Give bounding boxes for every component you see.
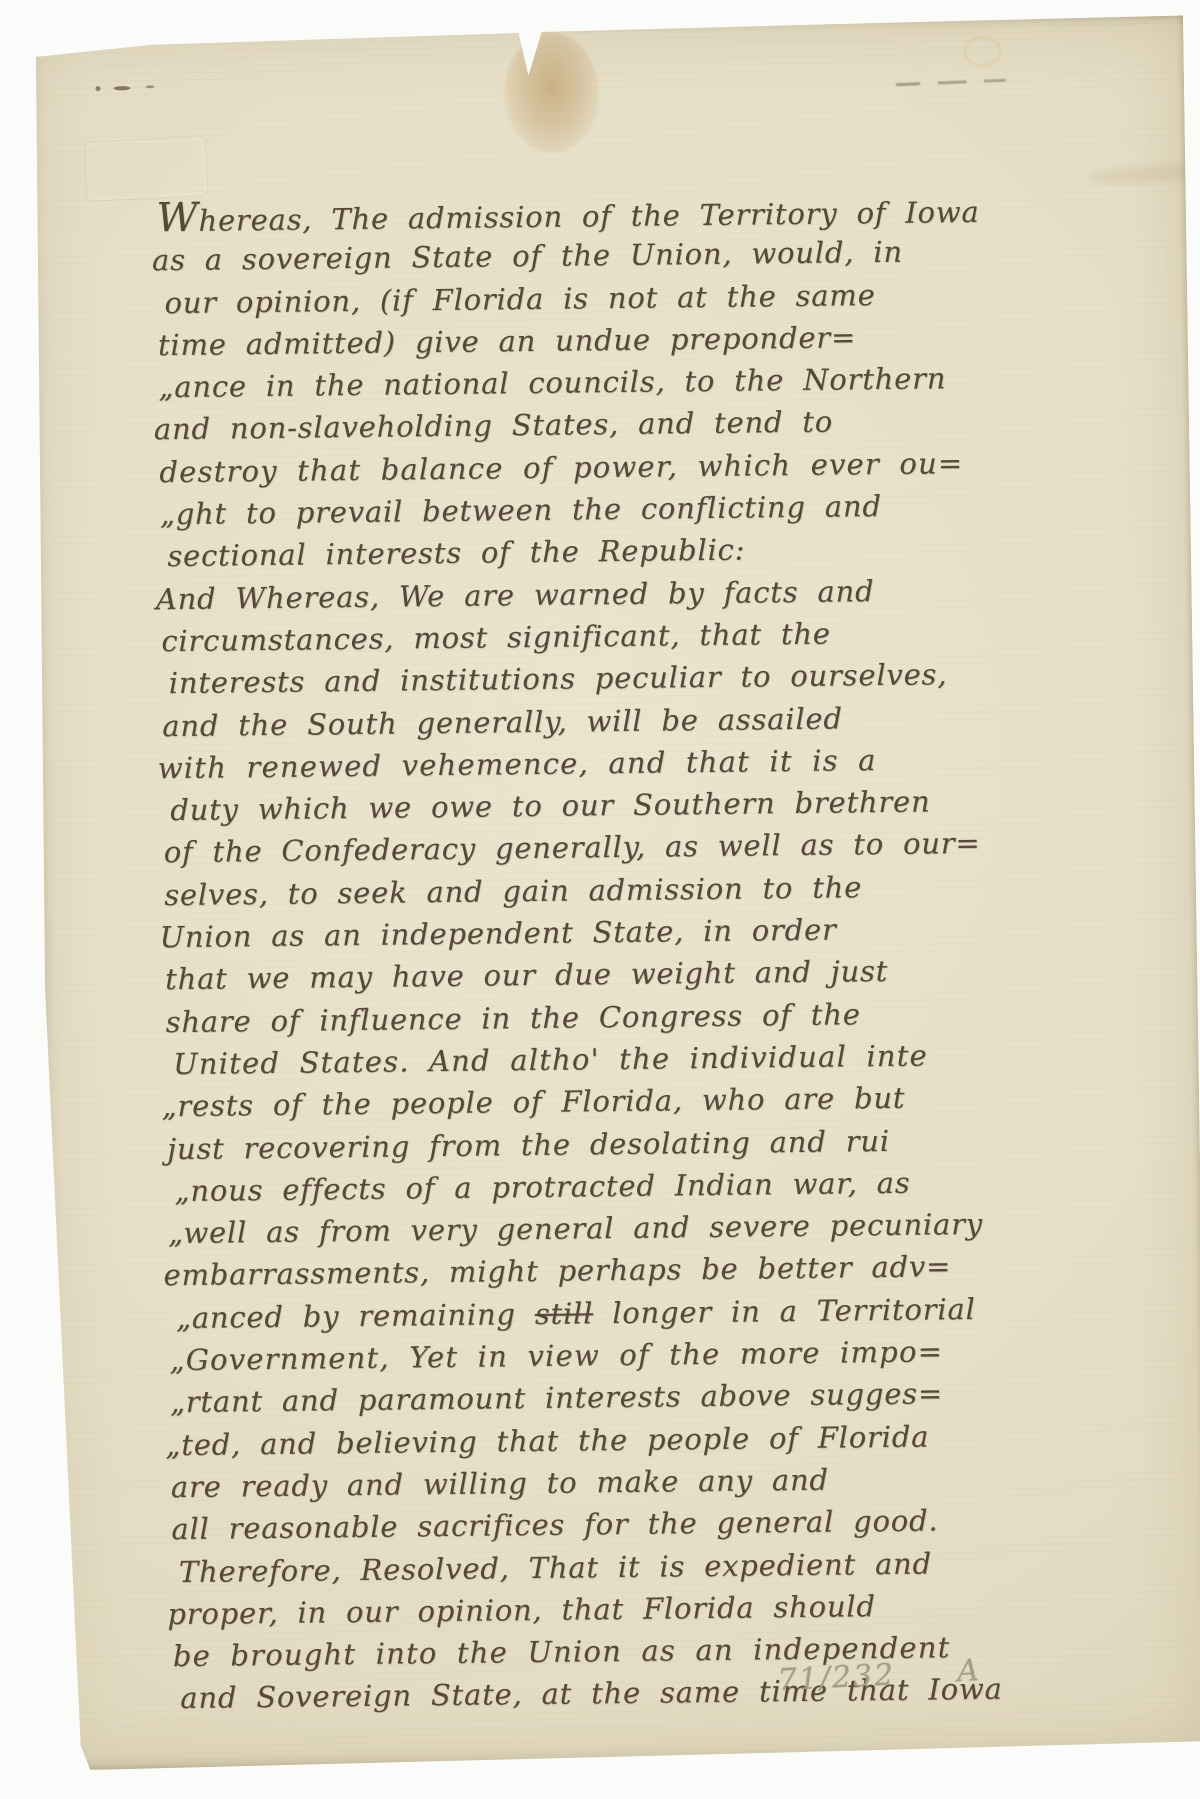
struck-word: still: [535, 1296, 594, 1331]
annotation-letter: A: [956, 1653, 981, 1689]
embossed-stamp: [84, 136, 209, 202]
water-stain: [503, 32, 600, 153]
faint-streak-stain: [1087, 162, 1200, 187]
pencil-dash-marks: [896, 79, 1006, 87]
annotation-number: 71/232: [777, 1657, 896, 1698]
ink-smudge: [94, 83, 158, 93]
manuscript-page: Whereas, The admission of the Territory …: [25, 16, 1200, 1771]
scan-background: Whereas, The admission of the Territory …: [0, 0, 1200, 1799]
manuscript-text: Whereas, The admission of the Territory …: [156, 187, 1073, 1720]
small-stain-ring: [963, 36, 1001, 67]
